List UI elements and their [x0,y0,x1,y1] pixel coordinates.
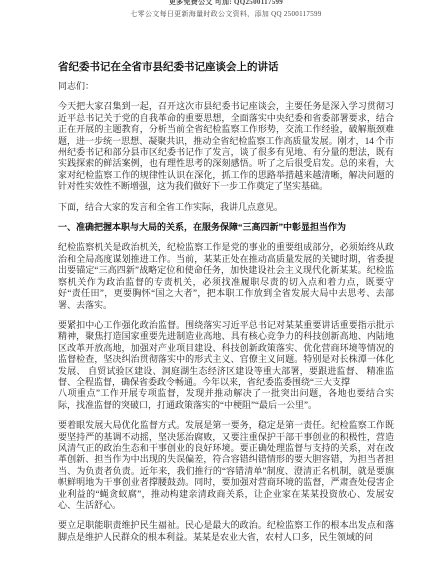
promo-header-line1: 更多免费公文 可加: QQ2500117599 [58,0,394,7]
salutation: 同志们： [58,81,394,92]
promo-header: 更多免费公文 可加: QQ2500117599 七零公文每日更新海量时政公文资料… [58,0,394,19]
promo-header-line2: 七零公文每日更新海量时政公文资料，添加 QQ 2500117599 [58,9,394,19]
paragraph-1: 今天把大家召集到一起，召开这次市县纪委书记座谈会，主要任务是深入学习贯彻习近平总… [58,101,394,192]
document-page: 更多免费公文 可加: QQ2500117599 七零公文每日更新海量时政公文资料… [0,0,448,580]
paragraph-5: 要着眼发展大局优化监督方式。发展是第一要务，稳定是第一责任。纪检监察工作既要坚持… [58,420,394,511]
paragraph-2: 下面，结合大家的发言和全省工作实际，我讲几点意见。 [58,202,394,213]
paragraph-4: 要紧扣中心工作强化政治监督。围绕落实习近平总书记对某某重要讲话重要指示批示精神，… [58,320,394,411]
section-heading-1: 一、准确把握本职与大局的关系，在服务保障“三高四新”中彰显担当作为 [58,222,394,233]
document-title: 省纪委书记在全省市县纪委书记座谈会上的讲话 [58,59,394,74]
paragraph-6: 要立足职能职责维护民生福祉。民心是最大的政治。纪检监察工作的根本出发点和落脚点是… [58,520,394,543]
paragraph-3: 纪检监察机关是政治机关，纪检监察工作是党的事业的重要组成部分，必须始终从政治和全… [58,242,394,310]
